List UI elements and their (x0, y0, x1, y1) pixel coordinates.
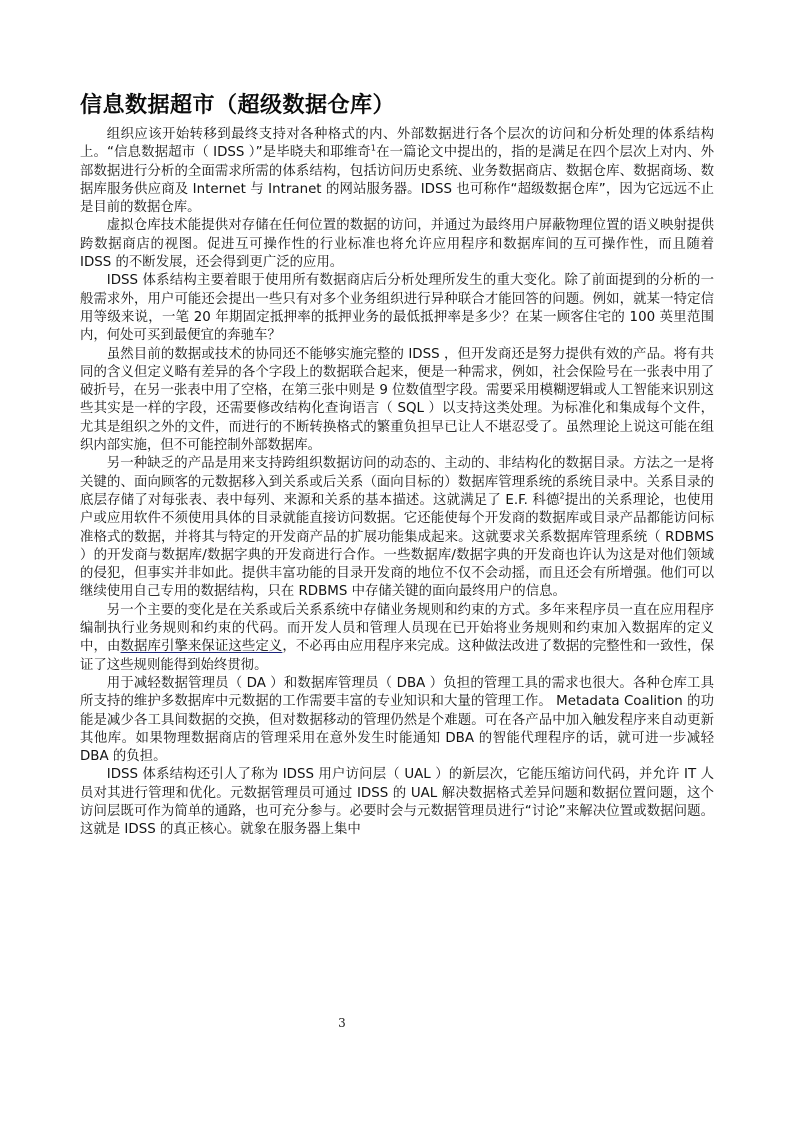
paragraph-2: 虚拟仓库技术能提供对存储在任何位置的数据的访问，并通过为最终用户屏蔽物理位置的语… (80, 217, 714, 272)
page-number: 3 (336, 1016, 348, 1030)
underlined-link[interactable]: 数据库引擎来保证这些定义 (120, 639, 282, 654)
paragraph-1: 组织应该开始转移到最终支持对各种格式的内、外部数据进行各个层次的访问和分析处理的… (80, 126, 714, 217)
paragraph-text: 提出的关系理论，也使用户或应用软件不须使用具体的目录就能直接访问数据。它还能使每… (80, 493, 714, 599)
paragraph-7: 用于减轻数据管理员（ DA ）和数据库管理员（ DBA ）负担的管理工具的需求也… (80, 675, 714, 766)
document-body: 组织应该开始转移到最终支持对各种格式的内、外部数据进行各个层次的访问和分析处理的… (80, 126, 714, 840)
paragraph-5: 另一种缺乏的产品是用来支持跨组织数据访问的动态的、主动的、非结构化的数据目录。方… (80, 455, 714, 601)
section-title: 信息数据超市（超级数据仓库） (80, 92, 720, 120)
paragraph-4: 虽然目前的数据或技术的协同还不能够实施完整的 IDSS ，但开发商还是努力提供有… (80, 346, 714, 456)
paragraph-8: IDSS 体系结构还引人了称为 IDSS 用户访问层（ UAL ）的新层次，它能… (80, 766, 714, 839)
paragraph-3: IDSS 体系结构主要着眼于使用所有数据商店后分析处理所发生的重大变化。除了前面… (80, 272, 714, 345)
document-page: 信息数据超市（超级数据仓库） 组织应该开始转移到最终支持对各种格式的内、外部数据… (0, 0, 794, 1122)
paragraph-6: 另一个主要的变化是在关系或后关系系统中存储业务规则和约束的方式。多年来程序员一直… (80, 602, 714, 675)
